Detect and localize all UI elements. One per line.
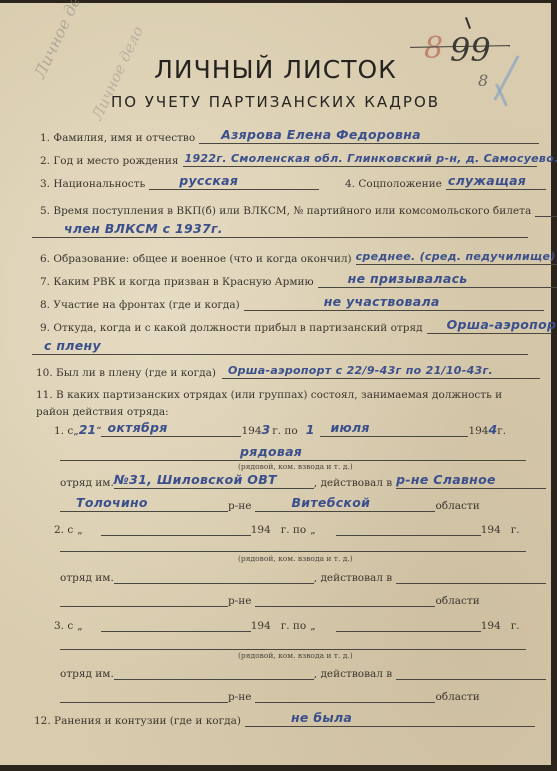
to-date-line xyxy=(336,617,481,632)
field-fronts: 8. Участие на фронтах (где и когда) не у… xyxy=(40,296,544,311)
acted-line: р-не Славное xyxy=(396,474,546,489)
field-line: русская xyxy=(149,175,319,190)
unit-label: отряд им. xyxy=(60,477,114,489)
field-line: Орша-аэропорт с 22/9-43г по 21/10-43г. xyxy=(222,364,540,379)
detachment-3-unit: отряд им. , действовал в xyxy=(60,665,546,680)
quote-mark: „ xyxy=(310,620,315,632)
field-label: 2. Год и место рождения xyxy=(40,155,179,167)
field-label: 9. Откуда, когда и с какой должности при… xyxy=(40,322,423,334)
field-full-name: 1. Фамилия, имя и отчество Азярова Елена… xyxy=(40,129,539,144)
field-conscription: 7. Каким РВК и когда призван в Красную А… xyxy=(40,273,557,288)
field-wounds: 12. Ранения и контузии (где и когда) не … xyxy=(34,712,535,727)
acted-line xyxy=(396,569,546,584)
region-label: области xyxy=(435,691,479,703)
quote-mark: „ xyxy=(77,620,82,632)
field-label: 6. Образование: общее и военное (что и к… xyxy=(40,253,352,265)
document-subtitle: ПО УЧЕТУ ПАРТИЗАНСКИХ КАДРОВ xyxy=(0,93,551,111)
district-line xyxy=(60,592,228,607)
district-line xyxy=(60,688,228,703)
detachment-1-dates: 1. с „ 21 “ октября 194 3 г. по 1 июля 1… xyxy=(54,422,506,437)
unit-line xyxy=(114,665,314,680)
wounds-value: не была xyxy=(291,710,352,725)
field-label: 11. В каких партизанских отрядах (или гр… xyxy=(36,389,502,418)
field-line: служащая xyxy=(446,175,546,190)
field-line: Азярова Елена Федоровна xyxy=(199,129,539,144)
field-captivity: 10. Был ли в плену (где и когда) Орша-аэ… xyxy=(36,364,540,379)
field-label: 3. Национальность xyxy=(40,178,145,190)
year-prefix: 194 xyxy=(468,425,488,437)
field-label: 12. Ранения и контузии (где и когда) xyxy=(34,715,241,727)
tick-mark xyxy=(465,17,471,29)
detachment-index: 1. с xyxy=(54,425,73,437)
year-prefix: 194 xyxy=(481,524,501,536)
to-label: г. по xyxy=(281,524,307,536)
field-birth: 2. Год и место рождения 1922г. Смоленска… xyxy=(40,152,537,167)
detachment-1-position: рядовая xyxy=(60,446,526,461)
field-line: среднее. (сред. педучилище) xyxy=(356,250,557,265)
to-label: г. по xyxy=(281,620,307,632)
field-education: 6. Образование: общее и военное (что и к… xyxy=(40,250,557,265)
field-party-membership-cont: член ВЛКСМ с 1937г. xyxy=(32,223,528,238)
detachment-3-position xyxy=(60,635,526,650)
acted-label: , действовал в xyxy=(314,668,392,680)
arrival-value: Орша-аэропорт. xyxy=(447,317,557,332)
region-label: области xyxy=(435,500,479,512)
year-prefix: 194 xyxy=(481,620,501,632)
district-label: р-не xyxy=(228,595,251,607)
to-date-line xyxy=(336,521,481,536)
field-label: 10. Был ли в плену (где и когда) xyxy=(36,367,216,379)
detachment-2-unit: отряд им. , действовал в xyxy=(60,569,546,584)
fronts-value: не участвовала xyxy=(324,294,440,309)
field-label: 5. Время поступления в ВКП(б) или ВЛКСМ,… xyxy=(40,205,531,217)
field-arrival: 9. Откуда, когда и с какой должности при… xyxy=(40,319,552,334)
region-value: Витебской xyxy=(291,495,370,510)
position-line xyxy=(60,635,526,650)
district-value: Толочино xyxy=(76,495,148,510)
unit-line: №31, Шиловской ОВТ xyxy=(114,474,314,489)
field-arrival-cont: с плену xyxy=(32,340,528,355)
year-suffix: г. xyxy=(511,524,520,536)
from-year-suffix: 3 xyxy=(262,422,271,437)
social-status-value: служащая xyxy=(448,173,526,188)
year-suffix: г. xyxy=(497,425,506,437)
year-prefix: 194 xyxy=(251,524,271,536)
position-hint: (рядовой, ком. взвода и т. д.) xyxy=(238,462,353,471)
field-label: 7. Каким РВК и когда призван в Красную А… xyxy=(40,276,314,288)
from-day: 21 xyxy=(79,422,96,437)
field-line: член ВЛКСМ с 1937г. xyxy=(32,223,528,238)
from-date-line xyxy=(101,521,251,536)
position-value: рядовая xyxy=(240,444,302,459)
to-label: г. по xyxy=(272,425,298,437)
nationality-value: русская xyxy=(179,173,238,188)
position-line xyxy=(60,537,526,552)
detachment-index: 2. с xyxy=(54,524,73,536)
from-month: октября xyxy=(107,420,167,435)
acted-value: р-не Славное xyxy=(396,472,496,487)
detachment-3-region: р-не области xyxy=(60,688,480,703)
region-line: Витебской xyxy=(255,497,435,512)
field-label: 4. Соцположение xyxy=(345,178,442,190)
party-membership-value: член ВЛКСМ с 1937г. xyxy=(64,221,223,236)
field-social-status: 4. Соцположение служащая xyxy=(345,175,546,190)
field-line: не призывалась xyxy=(318,273,557,288)
field-party-membership: 5. Время поступления в ВКП(б) или ВЛКСМ,… xyxy=(40,202,557,217)
detachment-2-dates: 2. с „ 194 г. по „ 194 г. xyxy=(54,521,520,536)
detachment-index: 3. с xyxy=(54,620,73,632)
personal-record-sheet: Личное дело Личное дело 8 99 8 ЛИЧНЫЙ ЛИ… xyxy=(0,3,551,765)
region-line xyxy=(255,592,435,607)
conscription-value: не призывалась xyxy=(348,271,468,286)
position-line: рядовая xyxy=(60,446,526,461)
document-title: ЛИЧНЫЙ ЛИСТОК xyxy=(0,55,551,84)
region-label: области xyxy=(435,595,479,607)
to-day: 1 xyxy=(306,422,315,437)
district-label: р-не xyxy=(228,691,251,703)
to-month: июля xyxy=(330,420,369,435)
unit-value: №31, Шиловской ОВТ xyxy=(114,472,277,487)
field-line: Орша-аэропорт. xyxy=(427,319,552,334)
detachment-2-region: р-не области xyxy=(60,592,480,607)
region-line xyxy=(255,688,435,703)
year-prefix: 194 xyxy=(241,425,261,437)
detachment-2-position xyxy=(60,537,526,552)
position-hint: (рядовой, ком. взвода и т. д.) xyxy=(238,651,353,660)
field-nationality: 3. Национальность русская xyxy=(40,175,319,190)
education-value: среднее. (сред. педучилище) xyxy=(356,250,556,263)
birth-value: 1922г. Смоленская обл. Глинковский р-н, … xyxy=(185,152,557,165)
detachment-1-unit: отряд им. №31, Шиловской ОВТ , действова… xyxy=(60,474,546,489)
captivity-value: Орша-аэропорт с 22/9-43г по 21/10-43г. xyxy=(228,364,493,377)
quote-mark: „ xyxy=(310,524,315,536)
field-line xyxy=(535,202,557,217)
unit-label: отряд им. xyxy=(60,572,114,584)
district-label: р-не xyxy=(228,500,251,512)
detachment-1-region: Толочино р-не Витебской области xyxy=(60,497,480,512)
field-line: 1922г. Смоленская обл. Глинковский р-н, … xyxy=(183,152,537,167)
position-hint: (рядовой, ком. взвода и т. д.) xyxy=(238,554,353,563)
field-detachments-heading: 11. В каких партизанских отрядах (или гр… xyxy=(36,387,526,421)
year-suffix: г. xyxy=(511,620,520,632)
unit-line xyxy=(114,569,314,584)
quote-mark: „ xyxy=(77,524,82,536)
field-label: 8. Участие на фронтах (где и когда) xyxy=(40,299,240,311)
arrival-cont-value: с плену xyxy=(44,338,101,353)
unit-label: отряд им. xyxy=(60,668,114,680)
from-month-line: октября xyxy=(101,422,241,437)
field-label: 1. Фамилия, имя и отчество xyxy=(40,132,195,144)
detachment-3-dates: 3. с „ 194 г. по „ 194 г. xyxy=(54,617,520,632)
acted-label: , действовал в xyxy=(314,572,392,584)
field-line: не была xyxy=(245,712,535,727)
to-year-suffix: 4 xyxy=(488,422,497,437)
field-line: не участвовала xyxy=(244,296,544,311)
year-prefix: 194 xyxy=(251,620,271,632)
district-line: Толочино xyxy=(60,497,228,512)
full-name-value: Азярова Елена Федоровна xyxy=(221,127,421,142)
acted-line xyxy=(396,665,546,680)
field-line: с плену xyxy=(32,340,528,355)
to-month-line: июля xyxy=(320,422,468,437)
acted-label: , действовал в xyxy=(314,477,392,489)
from-date-line xyxy=(101,617,251,632)
